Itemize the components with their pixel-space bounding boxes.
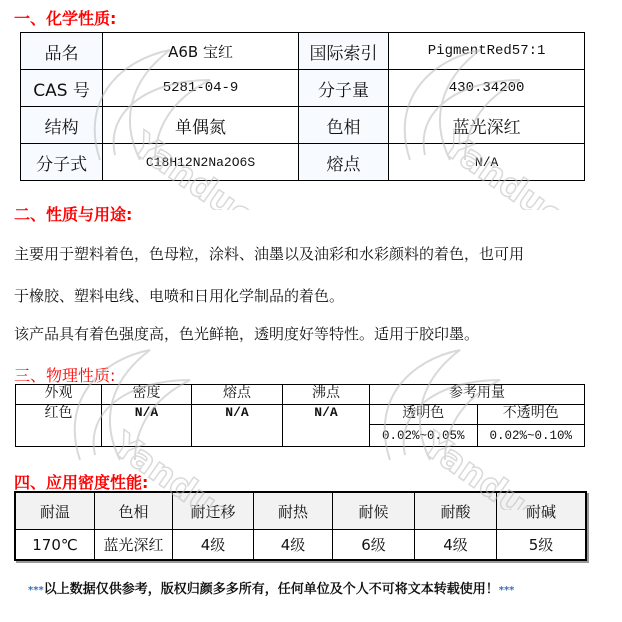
- value-color-index: PigmentRed57:1: [389, 33, 585, 70]
- label-color-index: 国际索引: [298, 33, 388, 70]
- table-row: 结构 单偶氮 色相 蓝光深红: [21, 107, 585, 144]
- label-melting-point: 熔点: [298, 144, 388, 181]
- value-hue: 蓝光深红: [95, 530, 173, 561]
- value-opaque-dosage: 0.02%~0.10%: [477, 425, 585, 447]
- header-alkali: 耐碱: [497, 492, 587, 530]
- value-alkali: 5级: [497, 530, 587, 561]
- label-molecular-weight: 分子量: [298, 70, 388, 107]
- table-row: 红色 N/A N/A N/A 透明色 不透明色: [16, 405, 585, 425]
- label-structure: 结构: [21, 107, 103, 144]
- header-melting-point: 熔点: [192, 385, 283, 405]
- label-formula: 分子式: [21, 144, 103, 181]
- usage-paragraph-3: 该产品具有着色强度高，色光鲜艳，透明度好等特性。适用于胶印墨。: [14, 323, 479, 344]
- table-row: 分子式 C18H12N2Na2O6S 熔点 N/A: [21, 144, 585, 181]
- usage-paragraph-2: 于橡胶、塑料电线、电喷和日用化学制品的着色。: [14, 285, 344, 306]
- physical-properties-table: 外观 密度 熔点 沸点 参考用量 红色 N/A N/A N/A 透明色 不透明色…: [15, 384, 585, 447]
- table-header-row: 耐温 色相 耐迁移 耐热 耐候 耐酸 耐碱: [15, 492, 586, 530]
- table-row: 品名 A6B 宝红 国际索引 PigmentRed57:1: [21, 33, 585, 70]
- value-acid: 4级: [415, 530, 497, 561]
- stars-left: ***: [28, 585, 44, 596]
- label-product-name: 品名: [21, 33, 103, 70]
- value-product-name: A6B 宝红: [103, 33, 299, 70]
- value-migration: 4级: [173, 530, 254, 561]
- label-transparent: 透明色: [370, 405, 478, 425]
- application-performance-table: 耐温 色相 耐迁移 耐热 耐候 耐酸 耐碱 170℃ 蓝光深红 4级 4级 6级…: [14, 491, 587, 561]
- section-heading-chemical: 一、化学性质:: [14, 6, 116, 29]
- value-structure: 单偶氮: [103, 107, 299, 144]
- usage-paragraph-1: 主要用于塑料着色，色母粒，涂料、油墨以及油彩和水彩颜料的着色，也可用: [14, 243, 524, 264]
- label-opaque: 不透明色: [477, 405, 585, 425]
- header-heat-resistance: 耐温: [15, 492, 95, 530]
- header-appearance: 外观: [16, 385, 102, 405]
- value-heat: 4级: [254, 530, 333, 561]
- copyright-text: 以上数据仅供参考，版权归颜多多所有，任何单位及个人不可将文本转载使用！: [44, 582, 499, 597]
- value-melting-point: N/A: [389, 144, 585, 181]
- header-density: 密度: [102, 385, 192, 405]
- section-heading-physical: 三、物理性质:: [14, 363, 115, 386]
- value-boiling-point: N/A: [283, 405, 370, 447]
- value-density: N/A: [102, 405, 192, 447]
- chemical-properties-table: 品名 A6B 宝红 国际索引 PigmentRed57:1 CAS 号 5281…: [20, 32, 585, 181]
- header-acid: 耐酸: [415, 492, 497, 530]
- table-row: 外观 密度 熔点 沸点 参考用量: [16, 385, 585, 405]
- value-formula: C18H12N2Na2O6S: [103, 144, 299, 181]
- header-heat: 耐热: [254, 492, 333, 530]
- label-hue: 色相: [298, 107, 388, 144]
- copyright-notice: ***以上数据仅供参考，版权归颜多多所有，任何单位及个人不可将文本转载使用！**…: [28, 578, 514, 597]
- header-boiling-point: 沸点: [283, 385, 370, 405]
- value-transparent-dosage: 0.02%~0.05%: [370, 425, 478, 447]
- value-cas: 5281-04-9: [103, 70, 299, 107]
- value-appearance: 红色: [16, 405, 102, 447]
- value-heat-resistance: 170℃: [15, 530, 95, 561]
- table-row: CAS 号 5281-04-9 分子量 430.34200: [21, 70, 585, 107]
- header-weather: 耐候: [333, 492, 415, 530]
- section-heading-application: 四、应用密度性能:: [14, 470, 148, 493]
- section-heading-usage: 二、性质与用途:: [14, 202, 132, 225]
- value-melting-point: N/A: [192, 405, 283, 447]
- value-hue: 蓝光深红: [389, 107, 585, 144]
- header-migration: 耐迁移: [173, 492, 254, 530]
- table-row: 170℃ 蓝光深红 4级 4级 6级 4级 5级: [15, 530, 586, 561]
- stars-right: ***: [499, 585, 515, 596]
- value-molecular-weight: 430.34200: [389, 70, 585, 107]
- header-dosage: 参考用量: [370, 385, 585, 405]
- value-weather: 6级: [333, 530, 415, 561]
- header-hue: 色相: [95, 492, 173, 530]
- label-cas: CAS 号: [21, 70, 103, 107]
